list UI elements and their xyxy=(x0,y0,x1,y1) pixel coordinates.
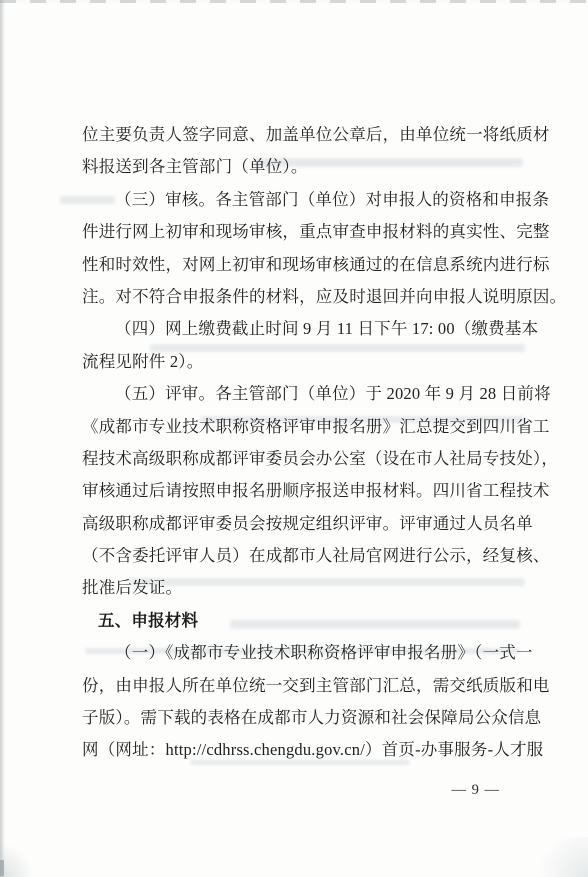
text-line: 网（网址：http://cdhrss.chengdu.gov.cn/）首页-办事… xyxy=(82,734,528,766)
text-line: （一）《成都市专业技术职称资格评审申报名册》（一式一 xyxy=(82,637,528,669)
text-line: 料报送到各主管部门（单位）。 xyxy=(82,151,528,183)
text-line: 性和时效性，对网上初审和现场审核通过的在信息系统内进行标 xyxy=(82,249,528,281)
scan-corner-bottom-right xyxy=(528,837,588,877)
scan-edge-top xyxy=(0,0,588,3)
text-line: 《成都市专业技术职称资格评审申报名册》汇总提交到四川省工 xyxy=(82,411,528,443)
text-line: 件进行网上初审和现场审核，重点审查申报材料的真实性、完整 xyxy=(82,216,528,248)
text-line: 注。对不符合申报条件的材料，应及时退回并向申报人说明原因。 xyxy=(82,281,528,313)
page-number: — 9 — xyxy=(452,782,501,799)
text-line: 份，由申报人所在单位统一交到主管部门汇总，需交纸质版和电 xyxy=(82,670,528,702)
text-line: （不含委托评审人员）在成都市人社局官网进行公示，经复核、 xyxy=(82,540,528,572)
document-text-block: 位主要负责人签字同意、加盖单位公章后，由单位统一将纸质材 料报送到各主管部门（单… xyxy=(82,119,528,767)
text-line: 审核通过后请按照申报名册顺序报送申报材料。四川省工程技术 xyxy=(82,475,528,507)
text-line: （三）审核。各主管部门（单位）对申报人的资格和申报条 xyxy=(82,184,528,216)
text-line: （四）网上缴费截止时间 9 月 11 日下午 17: 00（缴费基本 xyxy=(82,313,528,345)
text-line: 流程见附件 2）。 xyxy=(82,346,528,378)
text-line: 程技术高级职称成都评审委员会办公室（设在市人社局专技处）， xyxy=(82,443,528,475)
scan-corner-bottom-left xyxy=(0,843,34,877)
text-line: 批准后发证。 xyxy=(82,572,528,604)
text-line: 位主要负责人签字同意、加盖单位公章后，由单位统一将纸质材 xyxy=(82,119,528,151)
text-line: （五）评审。各主管部门（单位）于 2020 年 9 月 28 日前将 xyxy=(82,378,528,410)
scan-edge-left xyxy=(0,0,5,877)
text-line: 高级职称成都评审委员会按规定组织评审。评审通过人员名单 xyxy=(82,508,528,540)
section-heading: 五、申报材料 xyxy=(82,605,528,637)
text-line: 子版）。需下载的表格在成都市人力资源和社会保障局公众信息 xyxy=(82,702,528,734)
document-page: 位主要负责人签字同意、加盖单位公章后，由单位统一将纸质材 料报送到各主管部门（单… xyxy=(0,0,588,877)
